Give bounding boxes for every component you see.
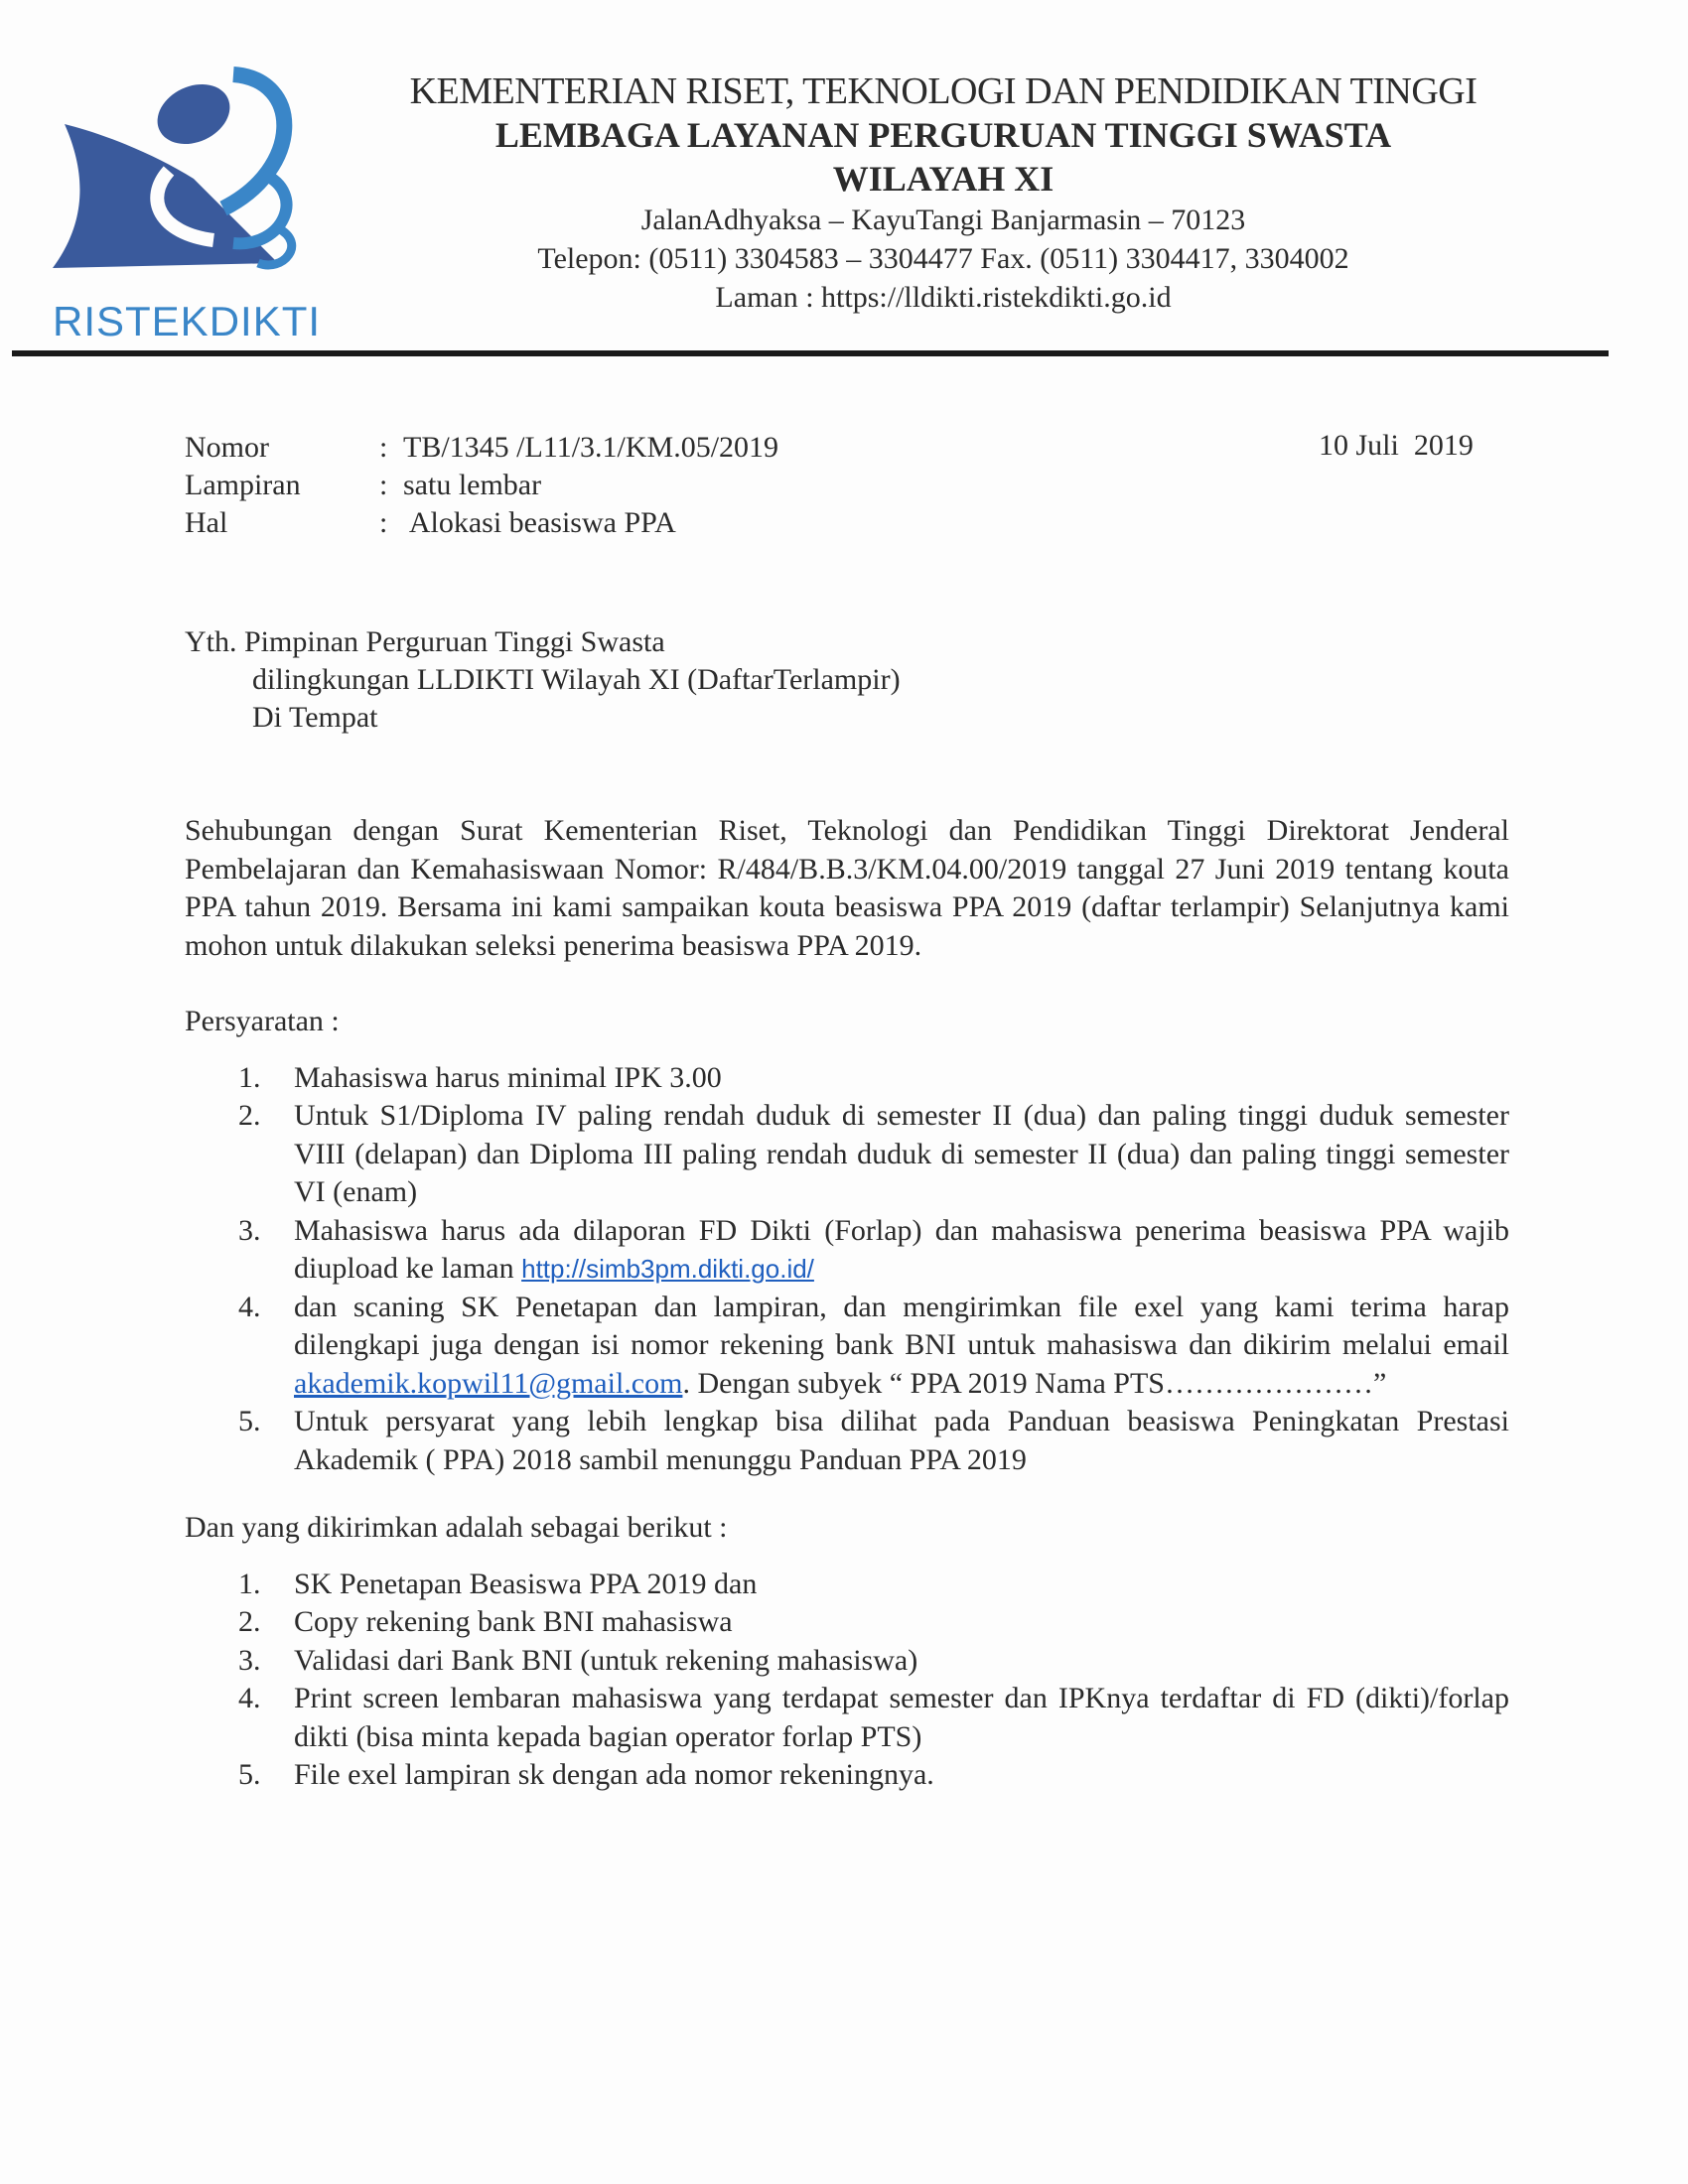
letter-body: Sehubungan dengan Surat Kementerian Rise… [185,812,1509,1795]
meta-row-lampiran: Lampiran : satu lembar [185,467,778,504]
list-item: 2.Copy rekening bank BNI mahasiswa [185,1603,1509,1642]
meta-label: Hal [185,504,379,542]
letterhead: KEMENTERIAN RISET, TEKNOLOGI DAN PENDIDI… [357,69,1529,317]
letter-meta: Nomor : TB/1345 /L11/3.1/KM.05/2019 Lamp… [185,429,778,542]
ristekdikti-logo: RISTEKDIKTI [45,60,313,342]
letter-date: 10 Juli 2019 [1319,429,1474,463]
agency-website: Laman : https://lldikti.ristekdikti.go.i… [357,278,1529,317]
meta-value: TB/1345 /L11/3.1/KM.05/2019 [403,429,778,467]
meta-value: Alokasi beasiswa PPA [403,504,676,542]
list-item: 4.Print screen lembaran mahasiswa yang t… [185,1680,1509,1756]
list-item: 1.Mahasiswa harus minimal IPK 3.00 [185,1059,1509,1098]
agency-region: WILAYAH XI [357,157,1529,201]
meta-separator: : [379,429,403,467]
addressee: Yth. Pimpinan Perguruan Tinggi Swasta di… [185,623,901,737]
documents-heading: Dan yang dikirimkan adalah sebagai berik… [185,1509,1509,1548]
ministry-name: KEMENTERIAN RISET, TEKNOLOGI DAN PENDIDI… [357,69,1529,113]
addressee-line: Di Tempat [185,699,901,737]
list-item: 4.dan scaning SK Penetapan dan lampiran,… [185,1289,1509,1404]
simb3pm-link[interactable]: http://simb3pm.dikti.go.id/ [521,1254,814,1284]
list-item: 5.Untuk persyarat yang lebih lengkap bis… [185,1403,1509,1479]
meta-label: Nomor [185,429,379,467]
list-item: 3.Validasi dari Bank BNI (untuk rekening… [185,1642,1509,1681]
list-item: 1.SK Penetapan Beasiswa PPA 2019 dan [185,1566,1509,1604]
agency-address: JalanAdhyaksa – KayuTangi Banjarmasin – … [357,201,1529,239]
meta-separator: : [379,467,403,504]
ristekdikti-emblem-icon [45,60,313,298]
addressee-line: dilingkungan LLDIKTI Wilayah XI (DaftarT… [185,661,901,699]
letterhead-divider [12,350,1609,356]
meta-separator: : [379,504,403,542]
documents-list: 1.SK Penetapan Beasiswa PPA 2019 dan 2.C… [185,1566,1509,1795]
agency-phone: Telepon: (0511) 3304583 – 3304477 Fax. (… [357,239,1529,278]
list-item: 5.File exel lampiran sk dengan ada nomor… [185,1756,1509,1795]
meta-label: Lampiran [185,467,379,504]
meta-row-nomor: Nomor : TB/1345 /L11/3.1/KM.05/2019 [185,429,778,467]
requirements-list: 1.Mahasiswa harus minimal IPK 3.00 2.Unt… [185,1059,1509,1480]
intro-paragraph: Sehubungan dengan Surat Kementerian Rise… [185,812,1509,965]
agency-name: LEMBAGA LAYANAN PERGURUAN TINGGI SWASTA [357,113,1529,157]
email-link[interactable]: akademik.kopwil11@gmail.com [294,1367,682,1400]
list-item: 3.Mahasiswa harus ada dilaporan FD Dikti… [185,1212,1509,1289]
requirements-heading: Persyaratan : [185,1003,1509,1041]
list-item: 2.Untuk S1/Diploma IV paling rendah dudu… [185,1097,1509,1212]
logo-wordmark: RISTEKDIKTI [53,298,321,345]
meta-value: satu lembar [403,467,541,504]
addressee-line: Yth. Pimpinan Perguruan Tinggi Swasta [185,623,901,661]
meta-row-hal: Hal : Alokasi beasiswa PPA [185,504,778,542]
